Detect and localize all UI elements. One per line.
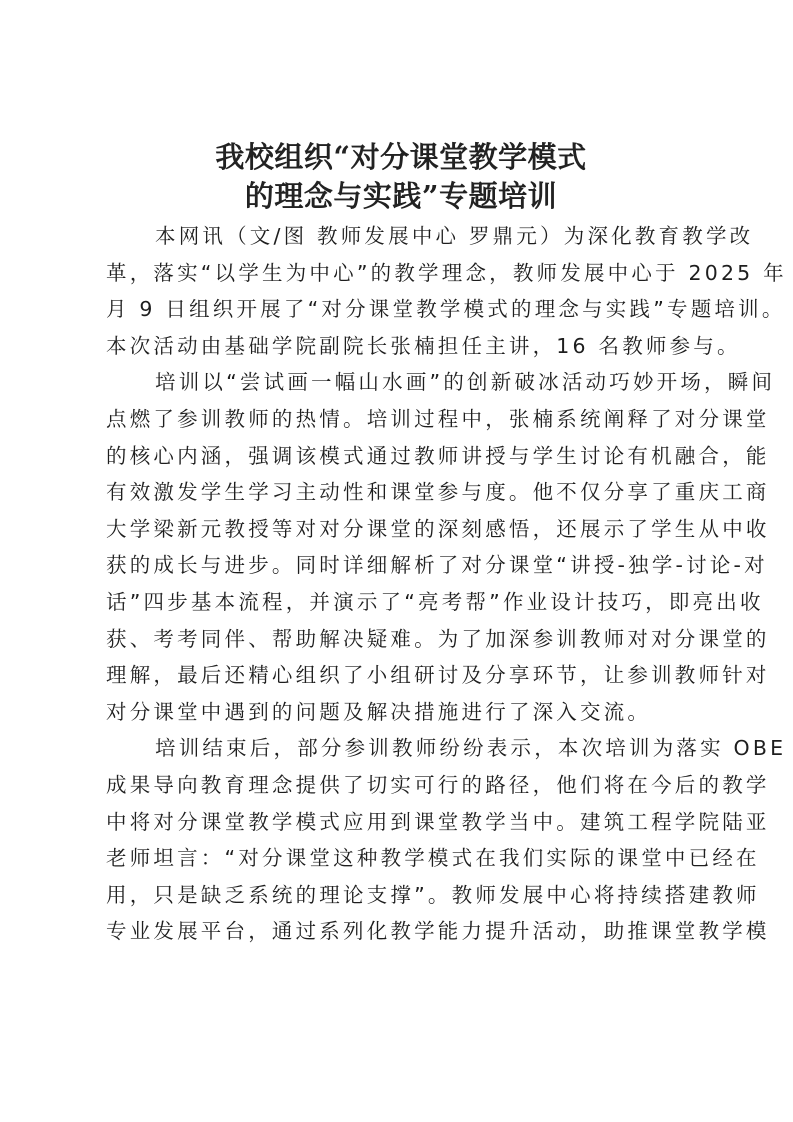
text-line: 对分课堂中遇到的问题及解决措施进行了深入交流。	[106, 694, 696, 731]
text-line: 话”四步基本流程，并演示了“亮考帮”作业设计技巧，即亮出收	[106, 584, 696, 621]
title-line-2: 的理念与实践”专题培训	[106, 177, 696, 216]
paragraph-intro: 本网讯（文/图 教师发展中心 罗鼎元）为深化教育教学改 革，落实“以学生为中心”…	[106, 218, 696, 364]
text-line: 获的成长与进步。同时详细解析了对分课堂“讲授-独学-讨论-对	[106, 547, 696, 584]
text-line: 获、考考同伴、帮助解决疑难。为了加深参训教师对对分课堂的	[106, 621, 696, 658]
text-line: 月 9 日组织开展了“对分课堂教学模式的理念与实践”专题培训。	[106, 291, 696, 328]
text-line: 老师坦言：“对分课堂这种教学模式在我们实际的课堂中已经在	[106, 840, 696, 877]
paragraph-training-process: 培训以“尝试画一幅山水画”的创新破冰活动巧妙开场，瞬间 点燃了参训教师的热情。培…	[106, 364, 696, 730]
text-line: 培训以“尝试画一幅山水画”的创新破冰活动巧妙开场，瞬间	[106, 364, 696, 401]
title-line-1: 我校组织“对分课堂教学模式	[106, 138, 696, 177]
text-line: 用，只是缺乏系统的理论支撑”。教师发展中心将持续搭建教师	[106, 877, 696, 914]
text-line: 本次活动由基础学院副院长张楠担任主讲，16 名教师参与。	[106, 328, 696, 365]
text-line: 培训结束后，部分参训教师纷纷表示，本次培训为落实 OBE	[106, 730, 696, 767]
text-line: 理解，最后还精心组织了小组研讨及分享环节，让参训教师针对	[106, 657, 696, 694]
paragraph-feedback: 培训结束后，部分参训教师纷纷表示，本次培训为落实 OBE 成果导向教育理念提供了…	[106, 730, 696, 950]
text-line: 革，落实“以学生为中心”的教学理念，教师发展中心于 2025 年 5	[106, 255, 696, 292]
document-page: 我校组织“对分课堂教学模式 的理念与实践”专题培训 本网讯（文/图 教师发展中心…	[106, 138, 696, 950]
text-line: 专业发展平台，通过系列化教学能力提升活动，助推课堂教学模	[106, 913, 696, 950]
text-line: 成果导向教育理念提供了切实可行的路径，他们将在今后的教学	[106, 767, 696, 804]
text-line: 的核心内涵，强调该模式通过教师讲授与学生讨论有机融合，能	[106, 438, 696, 475]
text-line: 中将对分课堂教学模式应用到课堂教学当中。建筑工程学院陆亚	[106, 804, 696, 841]
text-line: 点燃了参训教师的热情。培训过程中，张楠系统阐释了对分课堂	[106, 401, 696, 438]
article-title: 我校组织“对分课堂教学模式 的理念与实践”专题培训	[106, 138, 696, 216]
text-line: 本网讯（文/图 教师发展中心 罗鼎元）为深化教育教学改	[106, 218, 696, 255]
text-line: 大学梁新元教授等对对分课堂的深刻感悟，还展示了学生从中收	[106, 511, 696, 548]
text-line: 有效激发学生学习主动性和课堂参与度。他不仅分享了重庆工商	[106, 474, 696, 511]
